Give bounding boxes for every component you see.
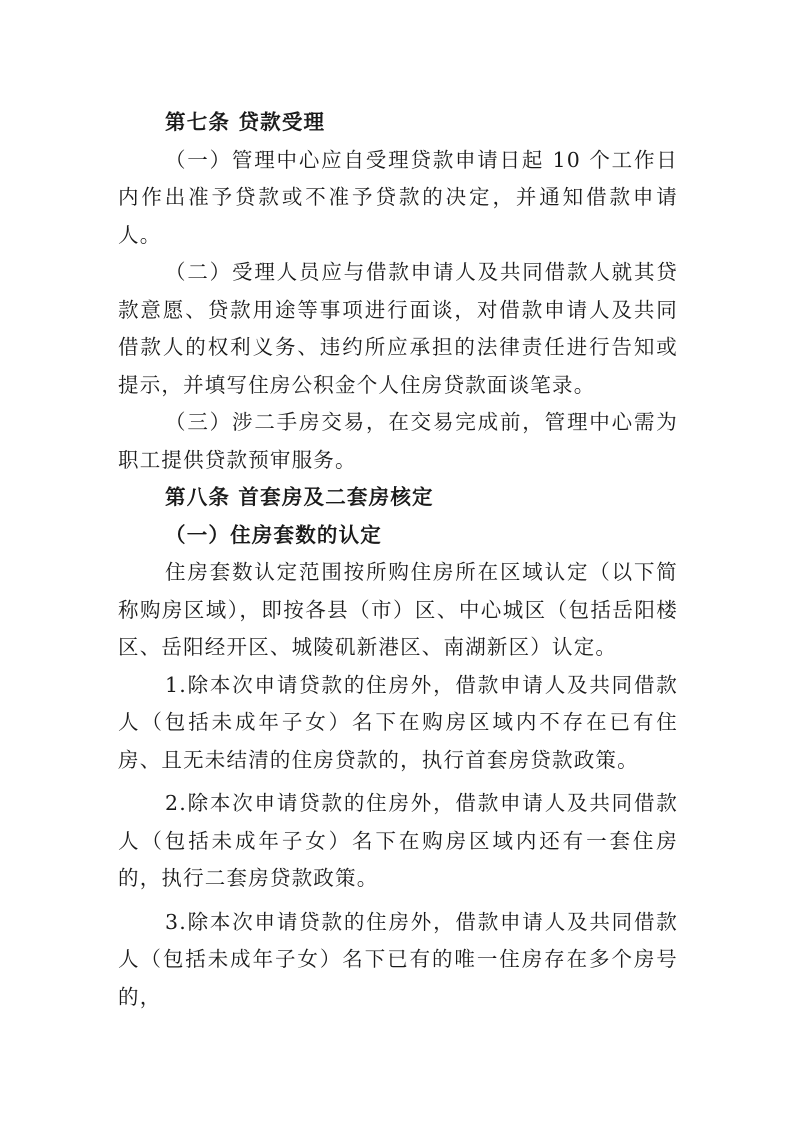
article-8-heading: 第八条 首套房及二套房核定 <box>118 479 678 517</box>
article-8-item-2: 2.除本次申请贷款的住房外，借款申请人及共同借款人（包括未成年子女）名下在购房区… <box>118 785 678 898</box>
article-8-paragraph-scope: 住房套数认定范围按所购住房所在区域认定（以下简称购房区域），即按各县（市）区、中… <box>118 554 678 667</box>
article-7-heading: 第七条 贷款受理 <box>118 104 678 142</box>
article-7-paragraph-1: （一）管理中心应自受理贷款申请日起 10 个工作日内作出准予贷款或不准予贷款的决… <box>118 142 678 255</box>
article-8-item-3: 3.除本次申请贷款的住房外，借款申请人及共同借款人（包括未成年子女）名下已有的唯… <box>118 904 678 1017</box>
article-8-item-1: 1.除本次申请贷款的住房外，借款申请人及共同借款人（包括未成年子女）名下在购房区… <box>118 667 678 780</box>
article-8-subheading: （一）住房套数的认定 <box>118 517 678 555</box>
article-7-paragraph-3: （三）涉二手房交易，在交易完成前，管理中心需为职工提供贷款预审服务。 <box>118 404 678 479</box>
article-7-paragraph-2: （二）受理人员应与借款申请人及共同借款人就其贷款意愿、贷款用途等事项进行面谈，对… <box>118 254 678 404</box>
document-page: 第七条 贷款受理 （一）管理中心应自受理贷款申请日起 10 个工作日内作出准予贷… <box>118 104 678 1016</box>
